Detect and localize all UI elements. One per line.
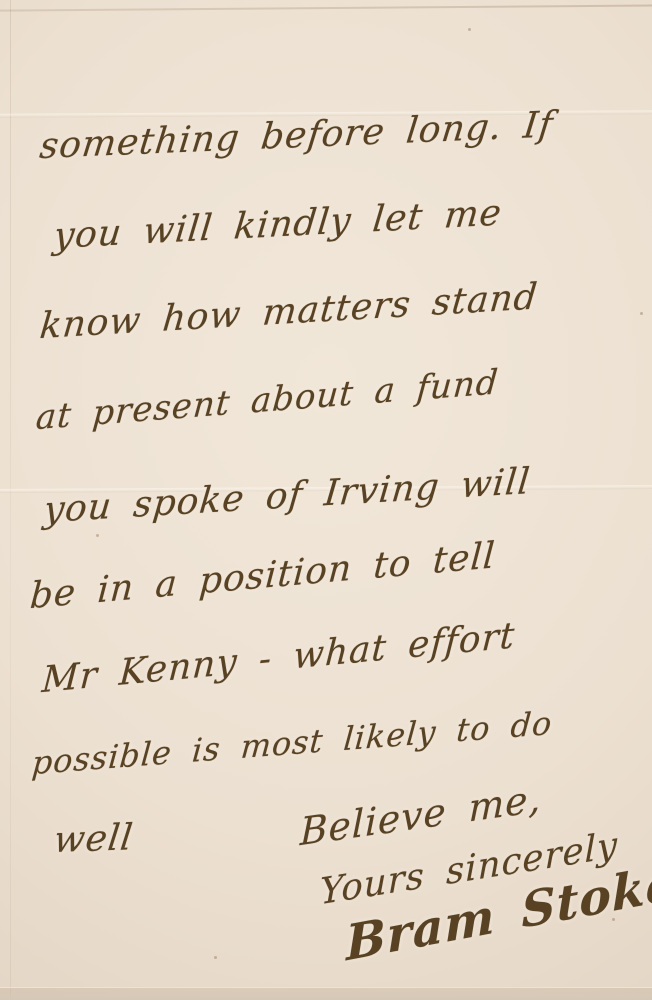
paper-speck	[468, 28, 471, 31]
paper-speck	[96, 534, 99, 537]
scan-bottom-edge	[0, 987, 652, 1000]
letter-line-5-text: you spoke of Irving will	[42, 461, 532, 531]
letter-line-3: know how matters stand	[39, 276, 539, 347]
letter-line-7: Mr Kenny - what effort	[40, 615, 517, 701]
paper-speck	[640, 312, 643, 315]
letter-line-3-text: know how matters stand	[38, 276, 540, 347]
letter-page: something before long. If you will kindl…	[0, 0, 652, 1000]
letter-line-4: at present about a fund	[34, 362, 500, 437]
scan-top-edge	[0, 4, 652, 11]
paper-speck	[214, 956, 217, 959]
scan-left-edge	[10, 0, 11, 1000]
letter-line-9: well	[53, 817, 134, 861]
letter-line-2: you will kindly let me	[53, 193, 503, 257]
letter-line-9-text: well	[51, 817, 135, 861]
letter-line-7-text: Mr Kenny - what effort	[41, 615, 517, 701]
letter-line-6-text: be in a position to tell	[29, 535, 497, 617]
letter-line-8-text: possible is most likely to do	[30, 704, 553, 782]
letter-line-8: possible is most likely to do	[31, 704, 554, 782]
letter-line-5: you spoke of Irving will	[43, 461, 532, 531]
letter-line-4-text: at present about a fund	[34, 362, 500, 438]
letter-line-6: be in a position to tell	[28, 535, 497, 617]
letter-line-2-text: you will kindly let me	[52, 192, 504, 257]
